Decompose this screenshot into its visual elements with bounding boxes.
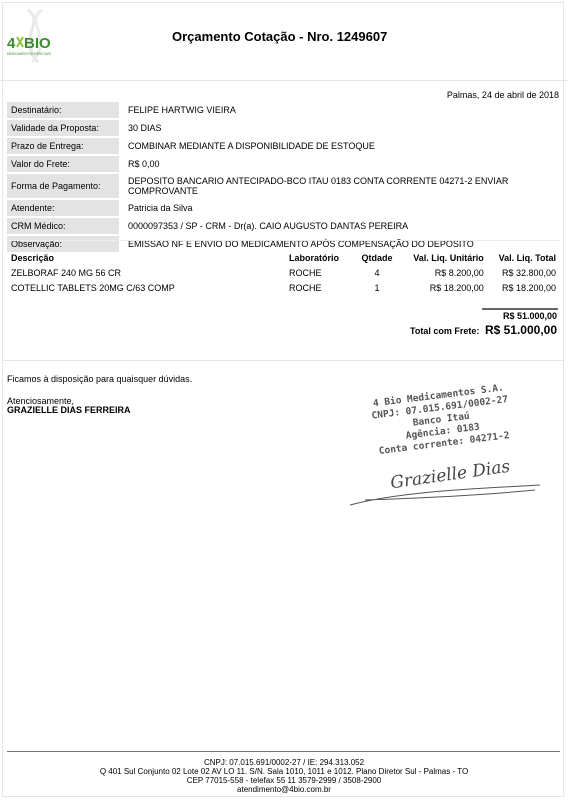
item-lab: ROCHE — [285, 265, 353, 280]
info-label: Destinatário: — [7, 102, 119, 118]
info-row: Validade da Proposta:30 DIAS — [7, 120, 560, 136]
table-row: COTELLIC TABLETS 20MG C/63 COMPROCHE1R$ … — [7, 280, 560, 295]
info-label: Forma de Pagamento: — [7, 174, 119, 198]
col-descricao: Descrição — [7, 250, 285, 265]
footer-phone: CEP 77015-558 - telefax 55 11 3579-2999 … — [0, 776, 568, 785]
info-value: 0000097353 / SP - CRM - Dr(a). CAIO AUGU… — [119, 218, 560, 234]
info-row: Forma de Pagamento:DEPOSITO BANCARIO ANT… — [7, 174, 560, 198]
svg-text:MEDICAMENTOS ESPECIAIS: MEDICAMENTOS ESPECIAIS — [7, 52, 51, 56]
items-table: Descrição Laboratório Qtdade Val. Liq. U… — [7, 250, 560, 295]
item-unit-price: R$ 18.200,00 — [401, 280, 488, 295]
total-value: R$ 51.000,00 — [485, 323, 557, 337]
info-row: Prazo de Entrega:COMBINAR MEDIANTE A DIS… — [7, 138, 560, 154]
svg-text:4: 4 — [7, 35, 16, 52]
document-header: 4 BIO MEDICAMENTOS ESPECIAIS Orçamento C… — [0, 0, 568, 81]
table-row: ZELBORAF 240 MG 56 CRROCHE4R$ 8.200,00R$… — [7, 265, 560, 280]
footer-cnpj: CNPJ: 07.015.691/0002-27 / IE: 294.313.0… — [0, 758, 568, 767]
item-total-price: R$ 32.800,00 — [488, 265, 560, 280]
col-unitario: Val. Liq. Unitário — [401, 250, 488, 265]
info-label: Atendente: — [7, 200, 119, 216]
info-row: Valor do Frete:R$ 0,00 — [7, 156, 560, 172]
info-label: Validade da Proposta: — [7, 120, 119, 136]
item-qty: 4 — [353, 265, 401, 280]
svg-text:BIO: BIO — [24, 35, 51, 52]
closing-message: Ficamos à disposição para quaisquer dúvi… — [7, 374, 192, 384]
item-total-price: R$ 18.200,00 — [488, 280, 560, 295]
info-value: COMBINAR MEDIANTE A DISPONIBILIDADE DE E… — [119, 138, 560, 154]
item-qty: 1 — [353, 280, 401, 295]
info-label: Valor do Frete: — [7, 156, 119, 172]
page-title: Orçamento Cotação - Nro. 1249607 — [172, 29, 387, 44]
info-value: R$ 0,00 — [119, 156, 560, 172]
subtotal-divider — [482, 308, 558, 310]
footer-divider — [7, 751, 560, 752]
footer-email: atendimento@4bio.com.br — [0, 785, 568, 794]
items-header-row: Descrição Laboratório Qtdade Val. Liq. U… — [7, 250, 560, 265]
info-row: CRM Médico:0000097353 / SP - CRM - Dr(a)… — [7, 218, 560, 234]
item-unit-price: R$ 8.200,00 — [401, 265, 488, 280]
divider — [2, 360, 564, 361]
divider — [7, 240, 560, 241]
item-description: ZELBORAF 240 MG 56 CR — [7, 265, 285, 280]
item-lab: ROCHE — [285, 280, 353, 295]
signer-name: GRAZIELLE DIAS FERREIRA — [7, 405, 131, 415]
info-row: Destinatário:FELIPE HARTWIG VIEIRA — [7, 102, 560, 118]
col-total: Val. Liq. Total — [488, 250, 560, 265]
signature-flourish-icon — [345, 480, 545, 510]
info-label: Prazo de Entrega: — [7, 138, 119, 154]
info-value: 30 DIAS — [119, 120, 560, 136]
quote-info-table: Destinatário:FELIPE HARTWIG VIEIRAValida… — [7, 100, 560, 254]
document-footer: CNPJ: 07.015.691/0002-27 / IE: 294.313.0… — [0, 758, 568, 794]
info-label: CRM Médico: — [7, 218, 119, 234]
document-date: Palmas, 24 de abril de 2018 — [447, 90, 559, 100]
4bio-logo-icon: 4 BIO MEDICAMENTOS ESPECIAIS — [6, 8, 66, 64]
item-description: COTELLIC TABLETS 20MG C/63 COMP — [7, 280, 285, 295]
total-label: Total com Frete: — [410, 326, 479, 336]
footer-address: Q 401 Sul Conjunto 02 Lote 02 AV LO 11. … — [0, 767, 568, 776]
info-value: FELIPE HARTWIG VIEIRA — [119, 102, 560, 118]
col-qtdade: Qtdade — [353, 250, 401, 265]
info-value: DEPOSITO BANCARIO ANTECIPADO-BCO ITAU 01… — [119, 174, 560, 198]
info-row: Atendente:Patricia da Silva — [7, 200, 560, 216]
info-value: Patricia da Silva — [119, 200, 560, 216]
col-laboratorio: Laboratório — [285, 250, 353, 265]
subtotal-value: R$ 51.000,00 — [503, 311, 557, 321]
